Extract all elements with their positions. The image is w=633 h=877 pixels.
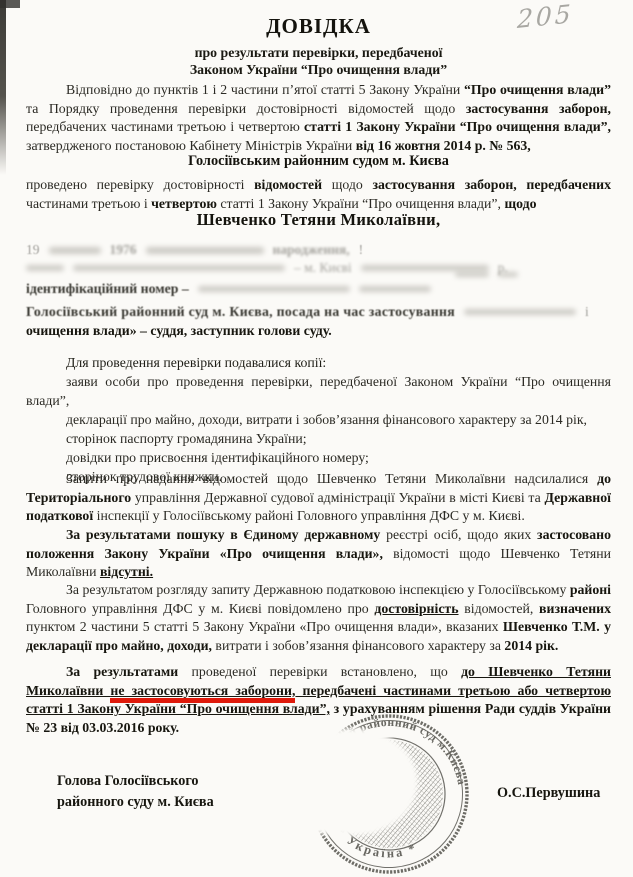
paragraph-tax-inspection: За результатом розгляду запиту Державною… [26,581,611,655]
paragraph-requests: Запити про надання відомостей щодо Шевче… [26,470,611,526]
document-page: 205 ДОВІДКА про результати перевірки, пе… [0,0,633,877]
text-segment: від 16 жовтня 2014 р. № 563, [356,138,531,153]
text-segment: відомостей [254,177,322,192]
text-segment: районі [570,582,611,597]
text-segment: щодо [504,196,536,211]
red-underlined-text: не застосовуються заборони, [110,683,295,703]
text-segment: Запити про надання відомостей щодо Шевче… [66,471,597,486]
text-segment: За результатами [66,664,178,679]
text-segment: Миколаївни [26,683,110,698]
text-segment: пунктом 2 частини 5 статті 5 Закону Укра… [26,619,503,634]
text-segment: до Шевченко Тетяни [461,664,611,679]
copies-list: Для проведення перевірки подавалися копі… [26,353,611,486]
text-segment: статті 1 Закону України “Про очищення вл… [304,119,611,134]
text-segment: частинами третьою і [26,196,151,211]
id-number-label: ідентифікаційний номер – [26,281,189,297]
text-segment: передбачених частинами третьою і четверт… [26,119,304,134]
redaction-smudge [455,272,489,277]
text-segment: проведено перевірку достовірності [26,177,254,192]
text-segment: “Про очищення влади” [464,82,611,97]
text-segment: витрати і зобов’язання фінансового харак… [212,638,504,653]
text-segment: статті 1 Закону України “Про очищення вл… [217,196,505,211]
text-segment: 2014 рік. [504,638,558,653]
redaction-smudge [498,272,518,277]
redacted-line-address-tail [455,272,518,277]
text-segment: та Порядку проведення перевірки достовір… [26,101,466,116]
redaction-smudge [464,309,576,315]
paragraph-check: проведено перевірку достовірності відомо… [26,176,611,213]
redacted-line-birth: 19 1976 народження, ! [26,242,611,258]
text-segment: застосування заборон, передбачених [372,177,611,192]
subtitle-line-1: про результати перевірки, передбаченої [26,44,611,61]
text-segment: статті 1 Закону України “Про очищення вл… [26,701,330,716]
redacted-line-address: – м. Києві р. [26,260,611,276]
redaction-smudge [73,265,285,271]
text-segment: визначених [539,601,611,616]
copies-list-item: сторінок паспорту громадянина України; [26,429,611,448]
text-segment: проведеної перевірки встановлено, що [178,664,461,679]
text-segment: застосовано [537,527,611,542]
redaction-smudge [198,286,350,292]
redacted-fragment: 1976 [110,242,137,258]
scan-corner-mark [0,0,20,8]
text-segment: відсутні. [100,564,153,579]
text-segment: За результатом розгляду запиту Державною… [66,582,570,597]
redacted-line-id-number: ідентифікаційний номер – [26,281,611,297]
signature-title-line: районного суду м. Києва [57,792,214,813]
position-text: Голосіївський районний суд м. Києва, пос… [26,304,455,320]
copies-list-item: заяви особи про проведення перевірки, пе… [26,372,611,410]
text-segment: Головного управління ДФС у м. Києві пові… [26,601,374,616]
redacted-fragment: ! [359,242,364,258]
signature-title-block: Голова Голосіївського районного суду м. … [57,771,214,813]
scan-edge-artifact [0,0,6,175]
document-subtitle: про результати перевірки, передбаченої З… [26,44,611,78]
redaction-smudge [146,247,264,254]
text-segment: достовірність [374,601,458,616]
redaction-smudge [359,286,431,292]
text-segment: Відповідно до пунктів 1 і 2 частини п’ят… [66,82,464,97]
redacted-fragment: – м. Києві [294,260,352,276]
text-segment: 23 від 03.03.2016 року. [43,720,179,735]
signature-title-line: Голова Голосіївського [57,771,214,792]
text-segment: За результатами пошуку в Єдиному державн… [66,527,380,542]
paragraph-registry: За результатами пошуку в Єдиному державн… [26,526,611,582]
redaction-smudge [361,265,489,271]
text-segment: інспекції у Голосіївському районі Головн… [93,508,525,523]
redacted-fragment: і [585,304,589,320]
document-title: ДОВІДКА [26,14,611,39]
redaction-smudge [49,247,101,254]
paragraph-intro: Відповідно до пунктів 1 і 2 частини п’ят… [26,81,611,155]
copies-list-intro: Для проведення перевірки подавалися копі… [26,353,611,372]
subtitle-line-2: Законом України “Про очищення влади” [26,61,611,78]
redacted-line-position: Голосіївський районний суд м. Києва, пос… [26,304,611,320]
text-segment: реєстрі осіб, щодо яких [380,527,537,542]
text-segment: відомостей, [459,601,540,616]
signature-name: О.С.Первушина [497,783,600,804]
text-segment: затвердженого постановою Кабінету Мініст… [26,138,356,153]
text-segment: положення Закону України «Про очищення в… [26,546,383,561]
text-segment: щодо [322,177,372,192]
text-segment: четвертою [151,196,217,211]
copies-list-item: декларації про майно, доходи, витрати і … [26,410,611,429]
text-segment: управління Державної судової адміністрац… [131,490,544,505]
position-continuation: очищення влади» – суддя, заступник голов… [26,322,611,341]
redaction-smudge [26,265,64,271]
court-name-line: Голосіївським районним судом м. Києва [26,153,611,170]
redacted-fragment: народження, [273,242,350,258]
text-segment: передбачені частинами третьою або четвер… [295,683,611,698]
redacted-fragment: 19 [26,242,40,258]
person-name: Шевченко Тетяни Миколаївни, [26,210,611,230]
copies-list-item: довідки про присвоєння ідентифікаційного… [26,448,611,467]
court-seal: Голосіївський районний суд м.Києва * Укр… [300,712,478,877]
text-segment: застосування заборон, [466,101,611,116]
